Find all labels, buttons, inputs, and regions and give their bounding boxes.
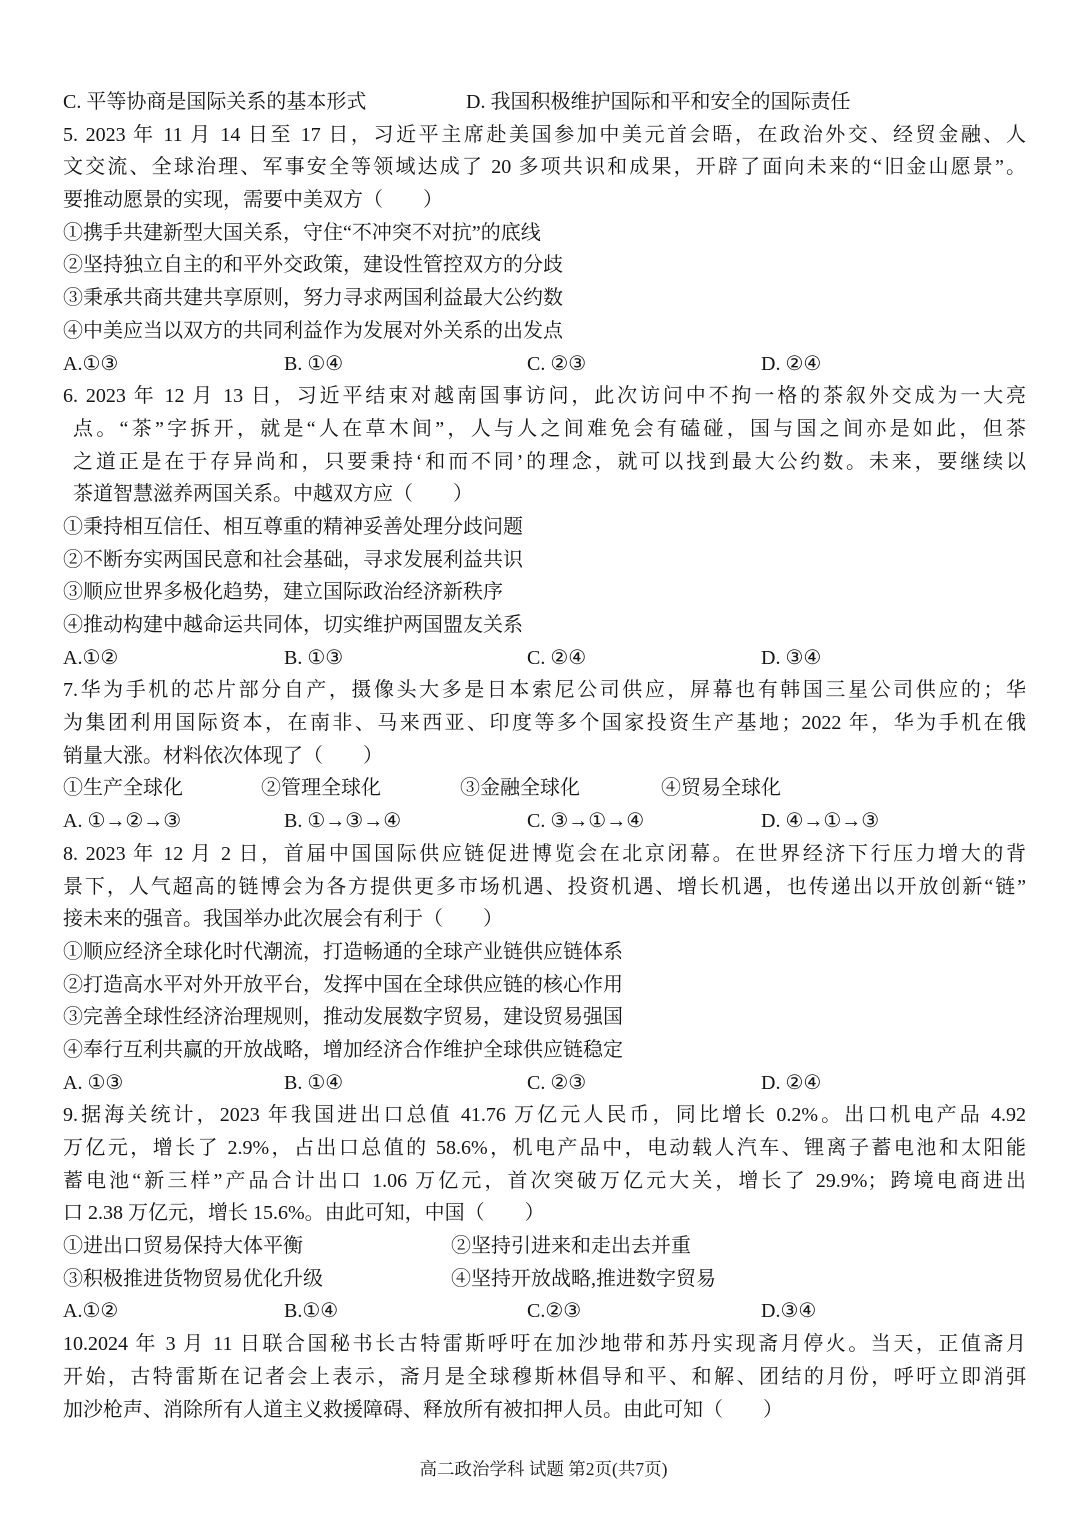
q6-option-d: D. ③④: [761, 642, 821, 675]
q7-stem-line-1: 7.华为手机的芯片部分自产，摄像头大多是日本索尼公司供应，屏幕也有韩国三星公司供…: [63, 674, 1026, 707]
q6-item-1: ①秉持相互信任、相互尊重的精神妥善处理分歧问题: [63, 511, 1026, 544]
q9-option-b: B.①④: [284, 1295, 527, 1328]
q8-options-row: A. ①③ B. ①④ C. ②③ D. ②④: [63, 1067, 1026, 1100]
q7-stem-line-3: 销量大涨。材料依次体现了（ ）: [63, 740, 1026, 773]
q7-item-4: ④贸易全球化: [661, 772, 781, 805]
q9-stem-line-2: 万亿元，增长了 2.9%，占出口总值的 58.6%，机电产品中，电动载人汽车、锂…: [63, 1132, 1026, 1165]
q6-item-2: ②不断夯实两国民意和社会基础，寻求发展利益共识: [63, 544, 1026, 577]
q5-option-b: B. ①④: [284, 348, 527, 381]
q5-item-3: ③秉承共商共建共享原则，努力寻求两国利益最大公约数: [63, 282, 1026, 315]
q4-option-c: C. 平等协商是国际关系的基本形式: [63, 86, 466, 119]
q9-item-1: ①进出口贸易保持大体平衡: [63, 1230, 451, 1263]
q9-option-c: C.②③: [527, 1295, 761, 1328]
q5-item-1: ①携手共建新型大国关系，守住“不冲突不对抗”的底线: [63, 217, 1026, 250]
q10-stem-line-1: 10.2024 年 3 月 11 日联合国秘书长古特雷斯呼吁在加沙地带和苏丹实现…: [63, 1328, 1026, 1361]
q5-item-2: ②坚持独立自主的和平外交政策，建设性管控双方的分歧: [63, 249, 1026, 282]
q4-option-d: D. 我国积极维护国际和平和安全的国际责任: [466, 86, 850, 119]
q8-option-c: C. ②③: [527, 1067, 761, 1100]
q9-items-row-2: ③积极推进货物贸易优化升级 ④坚持开放战略,推进数字贸易: [63, 1263, 1026, 1296]
q7-option-c: C. ③→①→④: [527, 805, 761, 838]
q10-stem-line-3: 加沙枪声、消除所有人道主义救援障碍、释放所有被扣押人员。由此可知（ ）: [63, 1394, 1026, 1427]
q8-option-a: A. ①③: [63, 1067, 284, 1100]
q9-item-2: ②坚持引进来和走出去并重: [451, 1230, 691, 1263]
q6-option-c: C. ②④: [527, 642, 761, 675]
q5-option-c: C. ②③: [527, 348, 761, 381]
q9-option-d: D.③④: [761, 1295, 816, 1328]
q8-item-1: ①顺应经济全球化时代潮流，打造畅通的全球产业链供应链体系: [63, 936, 1026, 969]
q6-item-3: ③顺应世界多极化趋势，建立国际政治经济新秩序: [63, 576, 1026, 609]
q10-stem-line-2: 开始，古特雷斯在记者会上表示，斋月是全球穆斯林倡导和平、和解、团结的月份，呼吁立…: [63, 1361, 1026, 1394]
q6-stem-line-3: 之道正是在于存异尚和，只要秉持‘和而不同’的理念，就可以找到最大公约数。未来，要…: [63, 446, 1026, 479]
q4-options-row: C. 平等协商是国际关系的基本形式 D. 我国积极维护国际和平和安全的国际责任: [63, 86, 1026, 119]
q9-item-3: ③积极推进货物贸易优化升级: [63, 1263, 451, 1296]
page-footer: 高二政治学科 试题 第2页(共7页): [0, 1456, 1087, 1481]
q5-options-row: A.①③ B. ①④ C. ②③ D. ②④: [63, 348, 1026, 381]
q5-option-a: A.①③: [63, 348, 284, 381]
q8-stem-line-1: 8. 2023 年 12 月 2 日，首届中国国际供应链促进博览会在北京闭幕。在…: [63, 838, 1026, 871]
q5-stem-line-1: 5. 2023 年 11 月 14 日至 17 日，习近平主席赴美国参加中美元首…: [63, 119, 1026, 152]
q6-option-b: B. ①③: [284, 642, 527, 675]
q8-stem-line-2: 景下，人气超高的链博会为各方提供更多市场机遇、投资机遇、增长机遇，也传递出以开放…: [63, 871, 1026, 904]
q9-stem-line-3: 蓄电池“新三样”产品合计出口 1.06 万亿元，首次突破万亿元大关，增长了 29…: [63, 1165, 1026, 1198]
q9-stem-line-1: 9.据海关统计，2023 年我国进出口总值 41.76 万亿元人民币，同比增长 …: [63, 1099, 1026, 1132]
q7-option-a: A. ①→②→③: [63, 805, 284, 838]
q9-items-row-1: ①进出口贸易保持大体平衡 ②坚持引进来和走出去并重: [63, 1230, 1026, 1263]
q5-item-4: ④中美应当以双方的共同利益作为发展对外关系的出发点: [63, 315, 1026, 348]
q9-options-row: A.①② B.①④ C.②③ D.③④: [63, 1295, 1026, 1328]
q7-option-b: B. ①→③→④: [284, 805, 527, 838]
q7-item-1: ①生产全球化: [63, 772, 261, 805]
q5-stem-line-3: 要推动愿景的实现，需要中美双方（ ）: [63, 184, 1026, 217]
q5-option-d: D. ②④: [761, 348, 821, 381]
q8-stem-line-3: 接未来的强音。我国举办此次展会有利于（ ）: [63, 903, 1026, 936]
q8-item-4: ④奉行互利共赢的开放战略，增加经济合作维护全球供应链稳定: [63, 1034, 1026, 1067]
q7-stem-line-2: 为集团利用国际资本，在南非、马来西亚、印度等多个国家投资生产基地；2022 年，…: [63, 707, 1026, 740]
q8-item-2: ②打造高水平对外开放平台，发挥中国在全球供应链的核心作用: [63, 969, 1026, 1002]
q6-option-a: A.①②: [63, 642, 284, 675]
q6-stem-line-2: 点。“茶”字拆开，就是“人在草木间”，人与人之间难免会有磕碰，国与国之间亦是如此…: [63, 413, 1026, 446]
q7-item-2: ②管理全球化: [261, 772, 460, 805]
q6-options-row: A.①② B. ①③ C. ②④ D. ③④: [63, 642, 1026, 675]
q7-option-d: D. ④→①→③: [761, 805, 879, 838]
q9-stem-line-4: 口 2.38 万亿元，增长 15.6%。由此可知，中国（ ）: [63, 1197, 1026, 1230]
q8-option-b: B. ①④: [284, 1067, 527, 1100]
q6-item-4: ④推动构建中越命运共同体，切实维护两国盟友关系: [63, 609, 1026, 642]
q8-option-d: D. ②④: [761, 1067, 821, 1100]
q5-stem-line-2: 文交流、全球治理、军事安全等领域达成了 20 多项共识和成果，开辟了面向未来的“…: [63, 151, 1026, 184]
q6-stem-line-4: 茶道智慧滋养两国关系。中越双方应（ ）: [63, 478, 1026, 511]
q7-options-row: A. ①→②→③ B. ①→③→④ C. ③→①→④ D. ④→①→③: [63, 805, 1026, 838]
q6-stem-line-1: 6. 2023 年 12 月 13 日，习近平结束对越南国事访问，此次访问中不拘…: [63, 380, 1026, 413]
q9-item-4: ④坚持开放战略,推进数字贸易: [451, 1263, 716, 1296]
q7-item-3: ③金融全球化: [460, 772, 661, 805]
q9-option-a: A.①②: [63, 1295, 284, 1328]
q8-item-3: ③完善全球性经济治理规则，推动发展数字贸易，建设贸易强国: [63, 1001, 1026, 1034]
q7-items-row: ①生产全球化 ②管理全球化 ③金融全球化 ④贸易全球化: [63, 772, 1026, 805]
exam-page-body: C. 平等协商是国际关系的基本形式 D. 我国积极维护国际和平和安全的国际责任 …: [63, 86, 1026, 1426]
